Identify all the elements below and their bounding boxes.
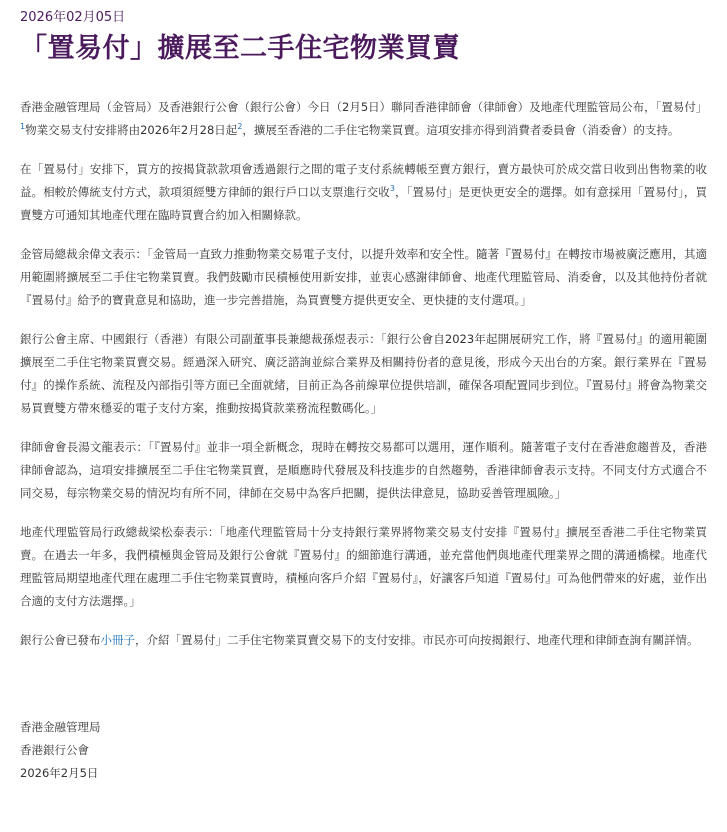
signature-org-hkma: 香港金融管理局 (20, 716, 707, 739)
paragraph-text: 銀行公會已發布 (20, 633, 101, 647)
paragraph-eaa-quote: 地產代理監管局行政總裁梁松泰表示：「地產代理監管局十分支持銀行業界將物業交易支付… (20, 521, 707, 613)
paragraph-arrangement: 在「置易付」安排下，買方的按揭貸款款項會透過銀行之間的電子支付系統轉帳至賣方銀行… (20, 158, 707, 227)
paragraph-text: 物業交易支付安排將由2026年2月28日起 (25, 123, 237, 137)
booklet-link[interactable]: 小冊子 (101, 633, 136, 647)
release-date: 2026年02月05日 (20, 10, 707, 26)
paragraph-hkma-quote: 金管局總裁余偉文表示：「金管局一直致力推動物業交易電子支付，以提升效率和安全性。… (20, 243, 707, 312)
paragraph-text: ，介紹「置易付」二手住宅物業買賣交易下的支付安排。市民亦可向按揭銀行、地產代理和… (135, 633, 699, 647)
signature-org-hkab: 香港銀行公會 (20, 739, 707, 762)
paragraph-intro: 香港金融管理局（金管局）及香港銀行公會（銀行公會）今日（2月5日）聯同香港律師會… (20, 96, 707, 142)
page-title: 「置易付」擴展至二手住宅物業買賣 (20, 30, 707, 68)
signature-block: 香港金融管理局 香港銀行公會 2026年2月5日 (20, 716, 707, 785)
paragraph-hkab-quote: 銀行公會主席、中國銀行（香港）有限公司副董事長兼總裁孫煜表示：「銀行公會自202… (20, 328, 707, 420)
paragraph-booklet: 銀行公會已發布小冊子，介紹「置易付」二手住宅物業買賣交易下的支付安排。市民亦可向… (20, 629, 707, 652)
press-release: 2026年02月05日 「置易付」擴展至二手住宅物業買賣 香港金融管理局（金管局… (0, 0, 727, 785)
paragraph-text: 香港金融管理局（金管局）及香港銀行公會（銀行公會）今日（2月5日）聯同香港律師會… (20, 100, 707, 114)
paragraph-text: ，擴展至香港的二手住宅物業買賣。這項安排亦得到消費者委員會（消委會）的支持。 (242, 123, 679, 137)
signature-date: 2026年2月5日 (20, 762, 707, 785)
paragraph-law-society-quote: 律師會會長湯文龍表示：「『置易付』並非一項全新概念，現時在轉按交易都可以選用，運… (20, 436, 707, 505)
